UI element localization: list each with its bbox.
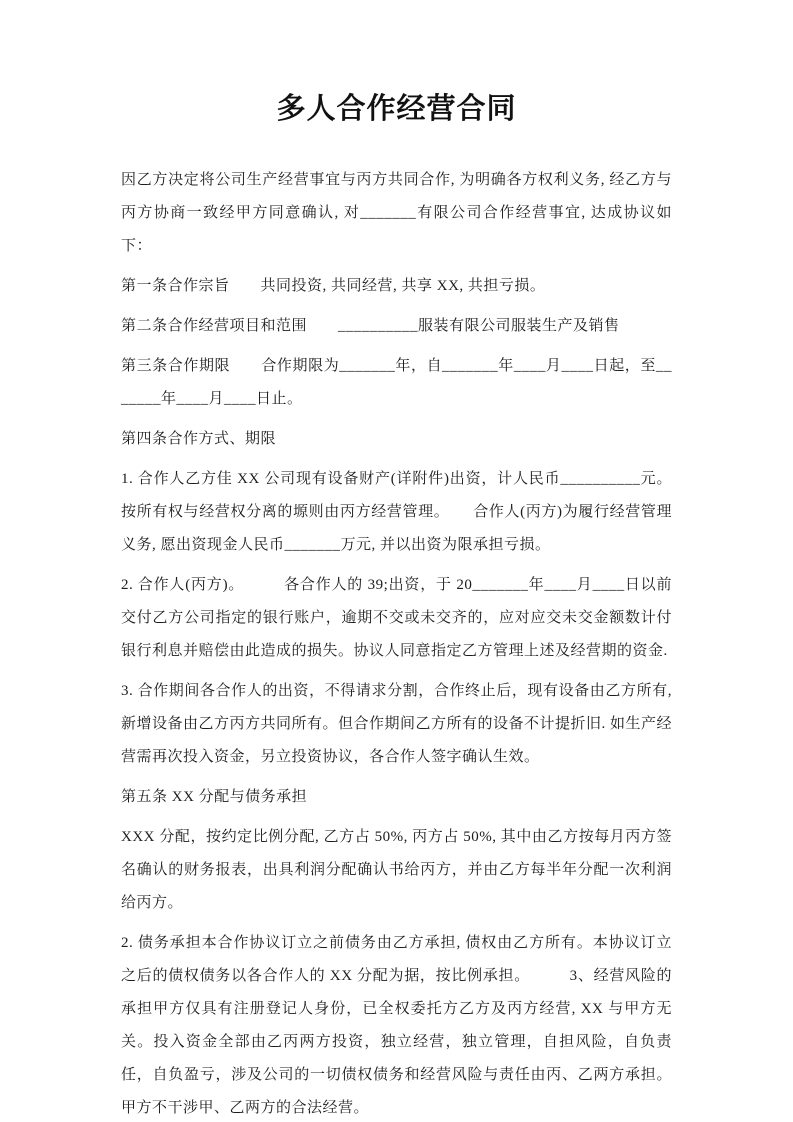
- paragraph-intro: 因乙方决定将公司生产经营事宜与丙方共同合作, 为明确各方权利义务, 经乙方与丙方…: [121, 164, 672, 263]
- paragraph-clause-5-heading: 第五条 XX 分配与债务承担: [121, 781, 672, 814]
- paragraph-clause-4-item-3: 3. 合作期间各合作人的出资，不得请求分割，合作终止后，现有设备由乙方所有, 新…: [121, 675, 672, 774]
- contract-document-page: 多人合作经营合同 因乙方决定将公司生产经营事宜与丙方共同合作, 为明确各方权利义…: [0, 0, 793, 1122]
- paragraph-clause-3-term: 第三条合作期限 合作期限为_______年，自_______年____月____…: [121, 350, 672, 416]
- paragraph-clause-5-item-2: 2. 债务承担本合作协议订立之前债务由乙方承担, 债权由乙方所有。本协议订立之后…: [121, 927, 672, 1122]
- paragraph-clause-4-heading: 第四条合作方式、期限: [121, 423, 672, 456]
- document-body: 因乙方决定将公司生产经营事宜与丙方共同合作, 为明确各方权利义务, 经乙方与丙方…: [121, 164, 672, 1122]
- paragraph-clause-5-item-1: XXX 分配，按约定比例分配, 乙方占 50%, 丙方占 50%, 其中由乙方按…: [121, 821, 672, 920]
- paragraph-clause-4-item-2: 2. 合作人(丙方)。 各合作人的 39;出资，于 20_______年____…: [121, 569, 672, 668]
- paragraph-clause-4-item-1: 1. 合作人乙方佳 XX 公司现有设备财产(详附件)出资，计人民币_______…: [121, 463, 672, 562]
- document-title: 多人合作经营合同: [121, 88, 672, 130]
- paragraph-clause-2-scope: 第二条合作经营项目和范围 __________服装有限公司服装生产及销售: [121, 310, 672, 343]
- paragraph-clause-1-purpose: 第一条合作宗旨 共同投资, 共同经营, 共享 XX, 共担亏损。: [121, 270, 672, 303]
